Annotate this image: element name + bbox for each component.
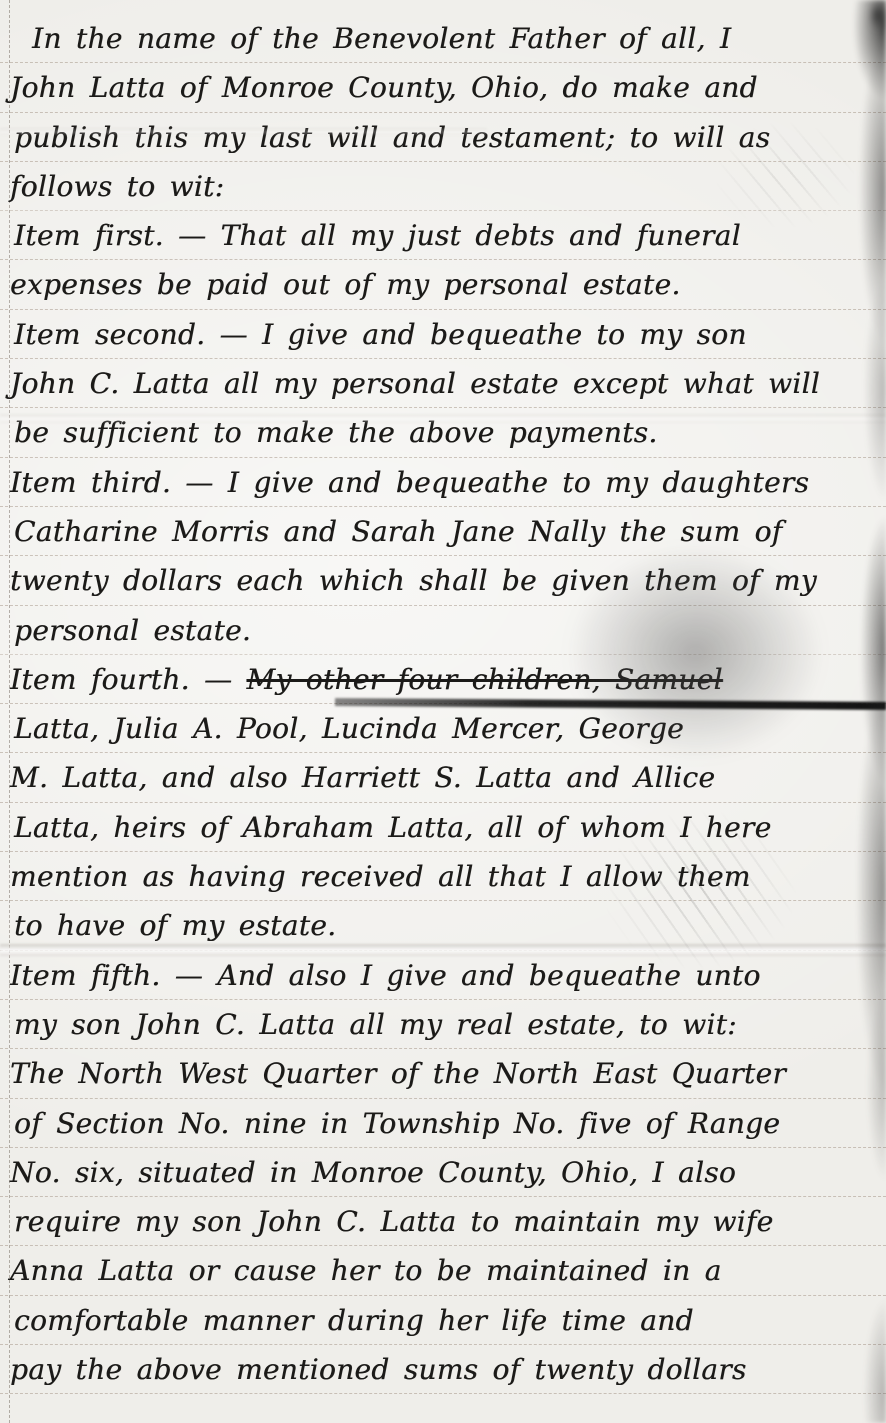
handwritten-line: of Section No. nine in Township No. five… (0, 1099, 886, 1148)
handwritten-line: publish this my last will and testament;… (0, 113, 886, 162)
scanned-will-page: In the name of the Benevolent Father of … (0, 0, 886, 1423)
handwritten-line: personal estate. (0, 606, 886, 655)
handwritten-line: In the name of the Benevolent Father of … (0, 14, 886, 63)
handwritten-line: Anna Latta or cause her to be maintained… (0, 1246, 886, 1295)
handwritten-line-struck: Item fourth. — My other four children, S… (0, 655, 886, 704)
handwritten-line: comfortable manner during her life time … (0, 1296, 886, 1345)
handwritten-line: pay the above mentioned sums of twenty d… (0, 1345, 886, 1394)
handwritten-line: M. Latta, and also Harriett S. Latta and… (0, 753, 886, 802)
handwritten-line: mention as having received all that I al… (0, 852, 886, 901)
handwritten-line: require my son John C. Latta to maintain… (0, 1197, 886, 1246)
handwritten-line: follows to wit: (0, 162, 886, 211)
handwritten-line: Latta, heirs of Abraham Latta, all of wh… (0, 803, 886, 852)
handwritten-line: No. six, situated in Monroe County, Ohio… (0, 1148, 886, 1197)
struck-text: My other four children, Samuel (246, 663, 722, 696)
handwritten-line: The North West Quarter of the North East… (0, 1049, 886, 1098)
handwritten-line: to have of my estate. (0, 901, 886, 950)
handwritten-line: twenty dollars each which shall be given… (0, 556, 886, 605)
handwritten-line: be sufficient to make the above payments… (0, 408, 886, 457)
handwritten-text: In the name of the Benevolent Father of … (0, 14, 886, 1394)
handwritten-line: expenses be paid out of my personal esta… (0, 260, 886, 309)
line-text: Item fourth. — (10, 663, 246, 696)
handwritten-line: Latta, Julia A. Pool, Lucinda Mercer, Ge… (0, 704, 886, 753)
handwritten-line: John C. Latta all my personal estate exc… (0, 359, 886, 408)
handwritten-line: Item second. — I give and bequeathe to m… (0, 310, 886, 359)
handwritten-line: John Latta of Monroe County, Ohio, do ma… (0, 63, 886, 112)
handwritten-line: my son John C. Latta all my real estate,… (0, 1000, 886, 1049)
handwritten-line: Item third. — I give and bequeathe to my… (0, 458, 886, 507)
handwritten-line: Item fifth. — And also I give and bequea… (0, 951, 886, 1000)
handwritten-line: Item first. — That all my just debts and… (0, 211, 886, 260)
handwritten-line: Catharine Morris and Sarah Jane Nally th… (0, 507, 886, 556)
